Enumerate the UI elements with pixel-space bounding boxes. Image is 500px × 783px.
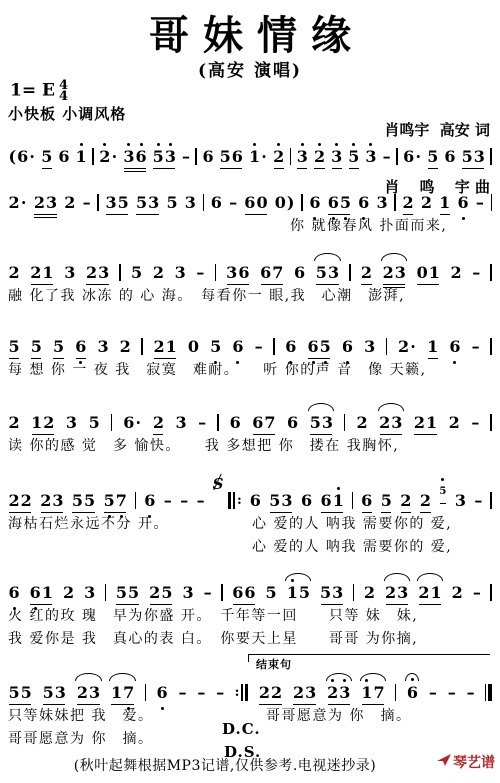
note-token: –: [472, 584, 481, 602]
note-token: –: [254, 338, 263, 356]
note-token: 3: [84, 584, 96, 602]
note-token: 55: [8, 684, 32, 702]
note-token: 23: [379, 414, 403, 432]
note-token: 12: [31, 414, 55, 432]
barline: [217, 412, 219, 432]
note-token: 6: [156, 684, 168, 702]
note-token: 15: [286, 584, 310, 602]
note-token: 1·: [248, 148, 267, 166]
ending-phrase-label: 结束句: [248, 654, 490, 672]
note-token: –: [474, 492, 483, 510]
note-token: 6: [406, 684, 418, 702]
note-token: 66: [232, 584, 256, 602]
note-token: –: [197, 684, 206, 702]
note-token: 0): [274, 194, 295, 212]
lyrics-right: 哥哥愿意为 你 摘。: [266, 707, 411, 725]
note-token: 5: [380, 492, 392, 510]
note-token: 2: [363, 584, 375, 602]
note-token: 6: [361, 492, 373, 510]
barline: [141, 336, 143, 356]
note-token: 61: [320, 492, 344, 510]
key-signature: 1= E44: [10, 80, 68, 102]
note-token: 2: [119, 338, 131, 356]
note-token: 6: [444, 148, 456, 166]
barline: :: [228, 490, 242, 510]
note-token: 6: [249, 492, 261, 510]
note-token: 67: [252, 414, 276, 432]
note-token: 60: [244, 194, 268, 212]
notation-row: 555323176–––:222323176–––: [8, 678, 492, 702]
note-token: 57: [103, 492, 127, 510]
note-token: 22: [8, 492, 32, 510]
note-token: 5: [131, 264, 143, 282]
note-token: 3: [182, 584, 194, 602]
note-token: –: [428, 684, 437, 702]
note-token: 53: [42, 684, 66, 702]
note-token: 5: [88, 414, 100, 432]
note-token: 6: [8, 584, 20, 602]
note-token: 36: [123, 148, 147, 166]
note-token: 5: [30, 338, 42, 356]
note-token: 1: [75, 148, 87, 166]
lyrics-row: 每 想 你 一 夜 我 寂寞 难耐。 听 你的声 音 像 天籁,: [8, 361, 492, 379]
note-token: 2: [420, 194, 432, 212]
note-token: 56: [219, 148, 243, 166]
barline: [301, 192, 303, 212]
barline: :: [235, 682, 249, 702]
note-token: 2: [273, 148, 285, 166]
note-token: 55: [71, 492, 95, 510]
notation-row: (6·5612·3653–6561·232353–6·5653: [8, 142, 492, 166]
note-token: 6: [294, 264, 306, 282]
tempo-style-text: 小快板 小调风格: [8, 103, 126, 124]
note-token: 2: [313, 148, 325, 166]
barline: [203, 192, 205, 212]
barline: [490, 146, 492, 166]
note-token: –: [163, 492, 172, 510]
barline: [290, 146, 292, 166]
barline: [491, 192, 493, 212]
music-line-2: 2·232–3553536–600)665632216– 你 就像春风 扑面而来…: [8, 188, 492, 235]
note-token: 67: [260, 264, 284, 282]
barline: [344, 412, 346, 432]
note-token: –: [196, 264, 205, 282]
note-token: 65: [307, 338, 331, 356]
barline: [97, 192, 99, 212]
note-token: 6: [229, 414, 241, 432]
barline: [119, 262, 121, 282]
barline: [195, 146, 197, 166]
note-token: –: [178, 684, 187, 702]
barline: [394, 192, 396, 212]
note-token: 6·: [123, 414, 142, 432]
notation-row: 2·232–3553536–600)665632216–: [8, 188, 492, 212]
barline: [396, 146, 398, 166]
music-line-7: 6612355253–6651553223212– 火 红的玫 瑰 早为你盛 开…: [8, 578, 492, 648]
barline: [349, 262, 351, 282]
barline: [111, 412, 113, 432]
note-token: 21: [30, 264, 54, 282]
note-token: 6: [58, 148, 70, 166]
note-token: 53: [320, 584, 344, 602]
note-token: –: [229, 194, 238, 212]
note-token: 3: [364, 338, 376, 356]
note-token: 5: [8, 338, 20, 356]
lyrics-left: 只等妹妹把 我 爱。: [8, 708, 153, 724]
note-token: –: [216, 684, 225, 702]
barline: [145, 682, 147, 702]
note-token: –: [181, 148, 190, 166]
lyrics-left: 海枯石烂永远不分 开。: [8, 516, 169, 532]
note-token: 23: [33, 194, 57, 212]
note-token: –: [472, 264, 481, 282]
music-line-4: 55563221056–665632·16– 每 想 你 一 夜 我 寂寞 难耐…: [8, 332, 492, 379]
music-line-1: (6·5612·3653–6561·232353–6·5653: [8, 142, 492, 166]
note-token: 6: [341, 338, 353, 356]
note-token: 3: [365, 148, 377, 166]
note-token: 3: [376, 194, 388, 212]
note-token: 2: [62, 584, 74, 602]
note-token: 2: [8, 414, 20, 432]
note-token: (6·: [8, 148, 36, 166]
note-token: 6: [449, 338, 461, 356]
note-token: 2: [360, 264, 372, 282]
note-token: –: [382, 148, 391, 166]
barline: [273, 336, 275, 356]
notation-row: 212356·23–667653223212–: [8, 408, 492, 432]
barline: [352, 490, 354, 510]
note-token: 6: [309, 194, 321, 212]
note-token: 61: [29, 584, 53, 602]
barline: [490, 412, 492, 432]
note-token: 36: [226, 264, 250, 282]
note-token: 5: [427, 148, 439, 166]
music-line-6: 222355576–––S:653661652253– 海枯石烂永远不分 开。心…: [8, 486, 492, 538]
note-token: 5: [348, 148, 360, 166]
note-token: 3: [175, 414, 187, 432]
segno-icon: S: [213, 475, 221, 493]
note-token: 23: [327, 684, 351, 702]
note-token: 3: [65, 414, 77, 432]
barline: [353, 582, 355, 602]
note-token: 17: [110, 684, 134, 702]
note-token: 23: [385, 584, 409, 602]
lyrics-right: 心 爱的人 呐我 需要你的 爱,: [252, 515, 452, 533]
note-token: 3: [64, 264, 76, 282]
music-line-3: 221323523–3667653223012– 融 化了我 冰冻 的 心 海。…: [8, 258, 492, 305]
lyrics-row: 读 你的感 觉 多 愉快。 我 多想把 你 搂在 我胸怀,: [8, 437, 492, 455]
logo-text: 琴艺谱: [453, 752, 495, 772]
notation-row: 6612355253–6651553223212–: [8, 578, 492, 602]
key-text: 1= E: [10, 81, 55, 101]
note-token: 5: [166, 194, 178, 212]
note-token: 22: [258, 684, 282, 702]
note-token: 5: [41, 148, 53, 166]
note-token: 2·: [397, 338, 416, 356]
note-token: 53: [135, 194, 159, 212]
lyrics-row: 海枯石烂永远不分 开。心 爱的人 呐我 需要你的 爱,: [8, 515, 492, 533]
note-token: 23: [292, 684, 316, 702]
note-token: 5: [52, 338, 64, 356]
barline: [215, 262, 217, 282]
barline: [490, 336, 492, 356]
note-token: 3: [174, 264, 186, 282]
barline: [485, 682, 492, 702]
note-token: 3: [184, 194, 196, 212]
note-token: 55: [115, 584, 139, 602]
note-token: 53: [269, 492, 293, 510]
note-token: –: [198, 414, 207, 432]
barline: [221, 582, 223, 602]
note-token: 2: [64, 194, 76, 212]
barline: [92, 146, 94, 166]
da-capo-mark: D.C.: [222, 720, 261, 738]
note-token: 6: [358, 194, 370, 212]
barline: [490, 262, 492, 282]
note-token: 6: [144, 492, 156, 510]
note-token: 3: [331, 148, 343, 166]
note-token: 5: [265, 584, 277, 602]
note-token: 01: [416, 264, 440, 282]
notation-row: 55563221056–665632·16–: [8, 332, 492, 356]
note-token: 0: [187, 338, 199, 356]
note-token: 2·: [99, 148, 118, 166]
note-token: –: [471, 414, 480, 432]
note-token: 2: [451, 584, 463, 602]
lyrics-row: 融 化了我 冰冻 的 心 海。 每看你一 眼,我 心潮 澎湃,: [8, 287, 492, 305]
note-token: –: [196, 492, 205, 510]
barline: [490, 490, 492, 510]
note-token: 1: [427, 338, 439, 356]
note-token: –: [180, 492, 189, 510]
note-token: 53: [461, 148, 485, 166]
lyrics-right: 心 爱的人 呐我 需要你的 爱,: [252, 538, 452, 556]
note-token: 2: [400, 492, 412, 510]
note-token: 2: [448, 414, 460, 432]
note-token: 3: [454, 492, 466, 510]
note-token: 6: [202, 148, 214, 166]
note-token: 6: [75, 338, 87, 356]
note-token: –: [475, 194, 484, 212]
barline: [386, 336, 388, 356]
lyricist-credit: 肖鸣宇 高安 词: [384, 121, 490, 140]
note-token: 2: [152, 264, 164, 282]
note-token: 1: [439, 194, 451, 212]
note-token: 23: [382, 264, 406, 282]
note-token: 6: [232, 338, 244, 356]
note-token: 23: [40, 492, 64, 510]
note-token: 3: [97, 338, 109, 356]
logo-plane-icon: [436, 753, 452, 771]
note-token: –: [447, 684, 456, 702]
barline: [105, 582, 107, 602]
note-token: 2: [419, 492, 431, 510]
lyrics-row: 你 就像春风 扑面而来,: [8, 217, 492, 235]
note-token: 3: [296, 148, 308, 166]
note-token: 53: [309, 414, 333, 432]
barline: [135, 490, 137, 510]
notation-row: 221323523–3667653223012–: [8, 258, 492, 282]
note-token: 2·: [8, 194, 27, 212]
transcriber-note: (秋叶起舞根据MP3记谱,仅供参考.电视迷抄录): [20, 755, 430, 775]
notation-row: 222355576–––S:653661652253–: [8, 486, 492, 510]
song-title: 哥妹情缘: [0, 4, 500, 61]
note-token: 53: [315, 264, 339, 282]
lyrics-row-2: 我 爱你是 我 真心的表 白。 你要天上星 哥哥 为你摘,: [8, 630, 492, 648]
note-token: 2: [402, 194, 414, 212]
note-token: 5: [210, 338, 222, 356]
performer-subtitle: (高安 演唱): [0, 56, 500, 81]
note-token: –: [82, 194, 91, 212]
note-token: 6: [210, 194, 222, 212]
qinyipu-logo: 琴艺谱: [436, 752, 495, 772]
sheet-music-page: 哥妹情缘 (高安 演唱) 1= E44 小快板 小调风格 肖鸣宇 高安 词 肖 …: [0, 0, 500, 783]
note-token: 2: [356, 414, 368, 432]
note-token: 2: [152, 414, 164, 432]
note-token: 25: [149, 584, 173, 602]
note-token: 23: [76, 684, 100, 702]
note-token: 6: [287, 414, 299, 432]
note-token: 17: [361, 684, 385, 702]
note-token: –: [203, 584, 212, 602]
note-token: 21: [413, 414, 437, 432]
note-token: 23: [85, 264, 109, 282]
barline: [395, 682, 397, 702]
note-token: 21: [418, 584, 442, 602]
note-token: 2: [8, 264, 20, 282]
note-token: 21: [153, 338, 177, 356]
barline: [490, 582, 492, 602]
lyrics-row: 火 红的玫 瑰 早为你盛 开。 千年等一回 只等 妹 妹,: [8, 607, 492, 625]
note-token: 6: [285, 338, 297, 356]
note-token: 65: [327, 194, 351, 212]
note-token: 6·: [403, 148, 422, 166]
note-token: –: [466, 684, 475, 702]
note-token: 6: [457, 194, 469, 212]
music-line-5: 212356·23–667653223212– 读 你的感 觉 多 愉快。 我 …: [8, 408, 492, 455]
note-token: 53: [152, 148, 176, 166]
note-token: 5: [439, 483, 447, 501]
note-token: 35: [105, 194, 129, 212]
note-token: –: [471, 338, 480, 356]
note-token: 6: [300, 492, 312, 510]
time-signature: 44: [59, 80, 68, 102]
note-token: 2: [450, 264, 462, 282]
